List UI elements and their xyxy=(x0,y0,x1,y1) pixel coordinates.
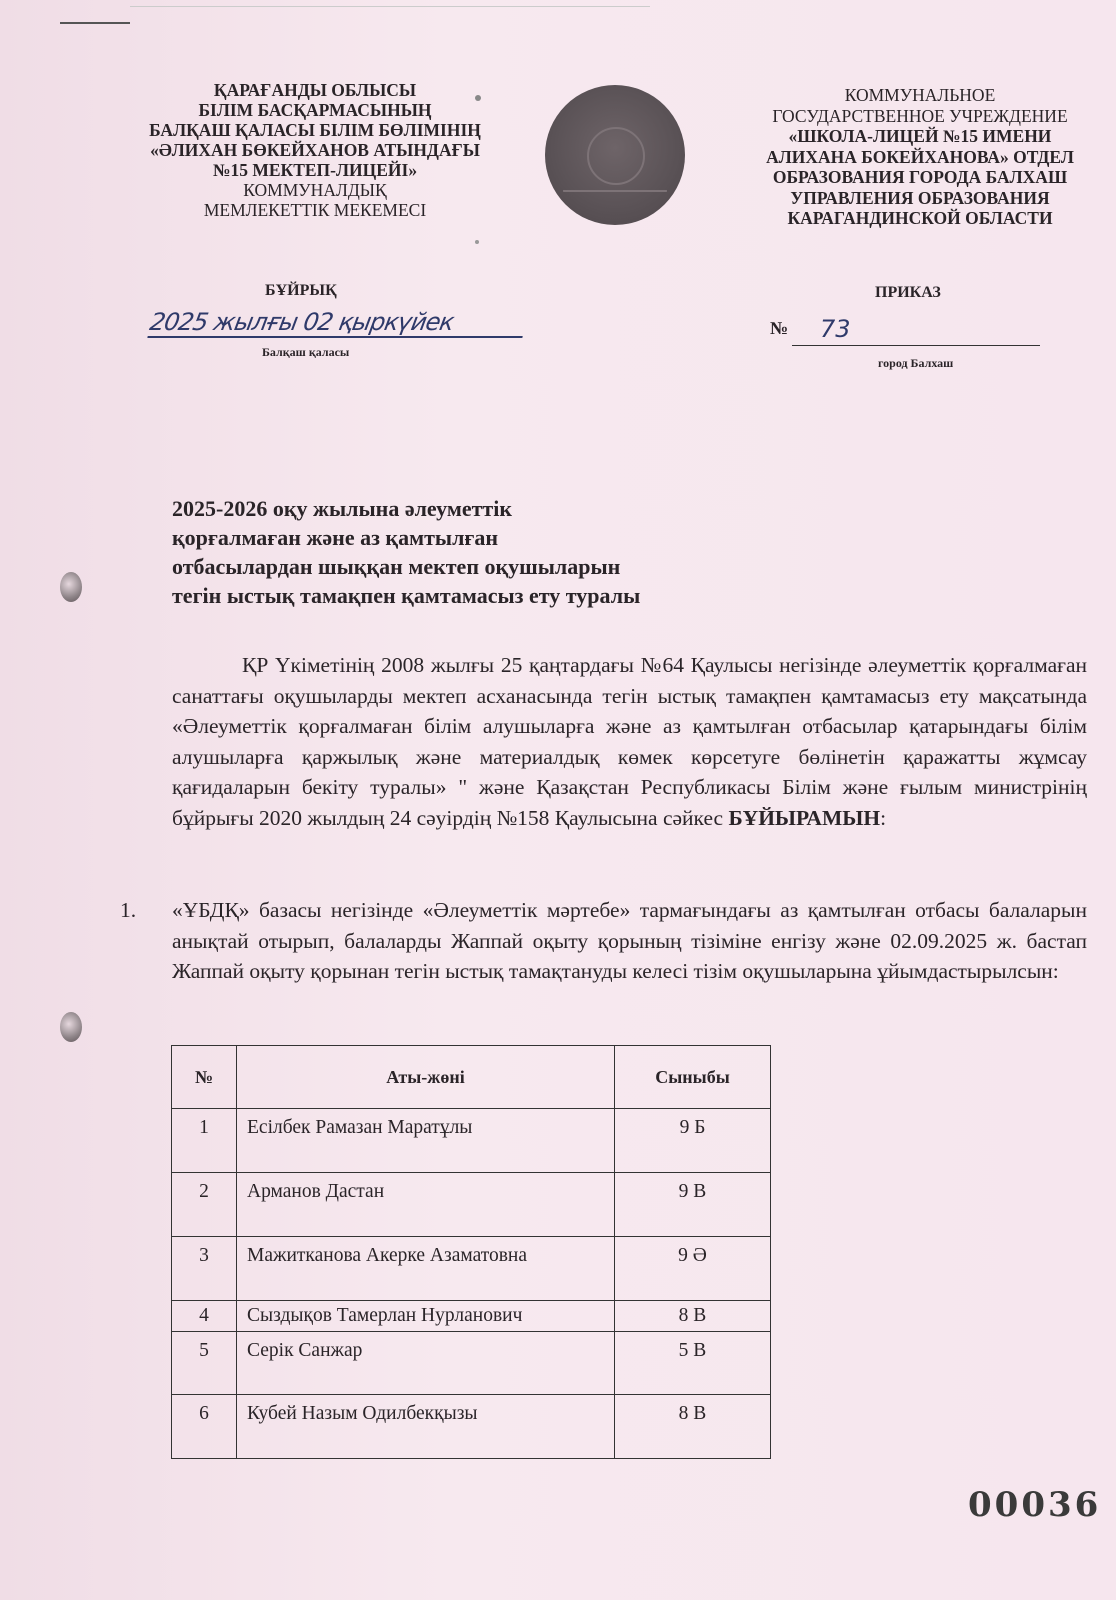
punch-hole xyxy=(60,1012,82,1042)
student-name: Арманов Дастан xyxy=(237,1173,615,1237)
header-line: УПРАВЛЕНИЯ ОБРАЗОВАНИЯ xyxy=(735,188,1105,209)
punch-hole xyxy=(60,572,82,602)
student-name: Есілбек Рамазан Маратұлы xyxy=(237,1109,615,1173)
order-item-1: 1. «ҰБДҚ» базасы негізінде «Әлеуметтік м… xyxy=(120,895,1087,987)
title-line: қорғалмаған және аз қамтылған xyxy=(172,523,792,552)
student-class: 9 Ә xyxy=(615,1237,771,1301)
table-row: 5 Серік Санжар 5 В xyxy=(172,1332,771,1395)
order-date-handwritten: 2025 жылғы 02 қыркүйек xyxy=(147,308,527,338)
student-class: 8 В xyxy=(615,1395,771,1459)
decree-suffix: : xyxy=(880,806,886,830)
order-number-line xyxy=(792,345,1040,346)
city-ru: город Балхаш xyxy=(878,356,953,371)
top-line xyxy=(60,22,130,24)
table-row: 4 Сыздықов Тамерлан Нурланович 8 В xyxy=(172,1301,771,1332)
student-name: Сыздықов Тамерлан Нурланович xyxy=(237,1301,615,1332)
document-page: ҚАРАҒАНДЫ ОБЛЫСЫ БІЛІМ БАСҚАРМАСЫНЫҢ БАЛ… xyxy=(0,0,1116,1600)
order-label-ru: ПРИКАЗ xyxy=(875,284,941,302)
order-number-handwritten: 73 xyxy=(820,315,851,343)
punch-dot xyxy=(475,95,481,101)
header-line: АЛИХАНА БОКЕЙХАНОВА» ОТДЕЛ xyxy=(735,147,1105,168)
title-line: отбасылардан шыққан мектеп оқушыларын xyxy=(172,552,792,581)
item-number: 1. xyxy=(120,895,136,926)
order-label-kz: БҰЙРЫҚ xyxy=(265,282,337,300)
title-line: 2025-2026 оқу жылына әлеуметтік xyxy=(172,494,792,523)
student-class: 9 В xyxy=(615,1173,771,1237)
title-line: тегін ыстық тамақпен қамтамасыз ету тура… xyxy=(172,581,792,610)
student-name: Кубей Назым Одилбекқызы xyxy=(237,1395,615,1459)
student-class: 8 В xyxy=(615,1301,771,1332)
header-line: КОММУНАЛДЫҚ xyxy=(110,180,520,200)
page-stamp-number: 00036 xyxy=(968,1485,1101,1525)
column-header-name: Аты-жөні xyxy=(237,1046,615,1109)
column-header-class: Сыныбы xyxy=(615,1046,771,1109)
preamble: ҚР Үкіметінің 2008 жылғы 25 қаңтардағы №… xyxy=(172,650,1087,833)
student-class: 5 В xyxy=(615,1332,771,1395)
column-header-number: № xyxy=(172,1046,237,1109)
decree-word: БҰЙЫРАМЫН xyxy=(728,806,880,830)
student-name: Серік Санжар xyxy=(237,1332,615,1395)
table-row: 2 Арманов Дастан 9 В xyxy=(172,1173,771,1237)
order-title: 2025-2026 оқу жылына әлеуметтік қорғалма… xyxy=(172,494,792,610)
header-line: БАЛҚАШ ҚАЛАСЫ БІЛІМ БӨЛІМІНІҢ xyxy=(110,120,520,140)
row-number: 3 xyxy=(172,1237,237,1301)
city-kz: Балқаш қаласы xyxy=(262,345,349,360)
emblem-band xyxy=(563,190,667,208)
emblem-center xyxy=(587,127,645,185)
punch-dot xyxy=(475,240,479,244)
header-line: «ШКОЛА-ЛИЦЕЙ №15 ИМЕНИ xyxy=(735,126,1105,147)
order-number-label: № xyxy=(770,318,788,339)
students-table: № Аты-жөні Сыныбы 1 Есілбек Рамазан Мара… xyxy=(171,1045,771,1459)
header-left-kz: ҚАРАҒАНДЫ ОБЛЫСЫ БІЛІМ БАСҚАРМАСЫНЫҢ БАЛ… xyxy=(110,80,520,220)
row-number: 1 xyxy=(172,1109,237,1173)
row-number: 2 xyxy=(172,1173,237,1237)
student-name: Мажитканова Акерке Азаматовна xyxy=(237,1237,615,1301)
header-line: ҚАРАҒАНДЫ ОБЛЫСЫ xyxy=(110,80,520,100)
row-number: 6 xyxy=(172,1395,237,1459)
item-text: «ҰБДҚ» базасы негізінде «Әлеуметтік мәрт… xyxy=(172,895,1087,987)
row-number: 4 xyxy=(172,1301,237,1332)
table-row: 1 Есілбек Рамазан Маратұлы 9 Б xyxy=(172,1109,771,1173)
top-rule xyxy=(130,6,650,7)
table-header-row: № Аты-жөні Сыныбы xyxy=(172,1046,771,1109)
header-right-ru: КОММУНАЛЬНОЕ ГОСУДАРСТВЕННОЕ УЧРЕЖДЕНИЕ … xyxy=(735,85,1105,229)
row-number: 5 xyxy=(172,1332,237,1395)
header-line: БІЛІМ БАСҚАРМАСЫНЫҢ xyxy=(110,100,520,120)
header-line: ОБРАЗОВАНИЯ ГОРОДА БАЛХАШ xyxy=(735,167,1105,188)
student-class: 9 Б xyxy=(615,1109,771,1173)
header-line: №15 МЕКТЕП-ЛИЦЕЙІ» xyxy=(110,160,520,180)
preamble-paragraph: ҚР Үкіметінің 2008 жылғы 25 қаңтардағы №… xyxy=(172,650,1087,833)
table-row: 6 Кубей Назым Одилбекқызы 8 В xyxy=(172,1395,771,1459)
header-line: ГОСУДАРСТВЕННОЕ УЧРЕЖДЕНИЕ xyxy=(735,106,1105,127)
preamble-text: ҚР Үкіметінің 2008 жылғы 25 қаңтардағы №… xyxy=(172,653,1087,830)
table-row: 3 Мажитканова Акерке Азаматовна 9 Ә xyxy=(172,1237,771,1301)
header-line: «ӘЛИХАН БӨКЕЙХАНОВ АТЫНДАҒЫ xyxy=(110,140,520,160)
header-line: КАРАГАНДИНСКОЙ ОБЛАСТИ xyxy=(735,208,1105,229)
header-line: КОММУНАЛЬНОЕ xyxy=(735,85,1105,106)
state-emblem-icon xyxy=(545,85,685,225)
header-line: МЕМЛЕКЕТТІК МЕКЕМЕСІ xyxy=(110,200,520,220)
